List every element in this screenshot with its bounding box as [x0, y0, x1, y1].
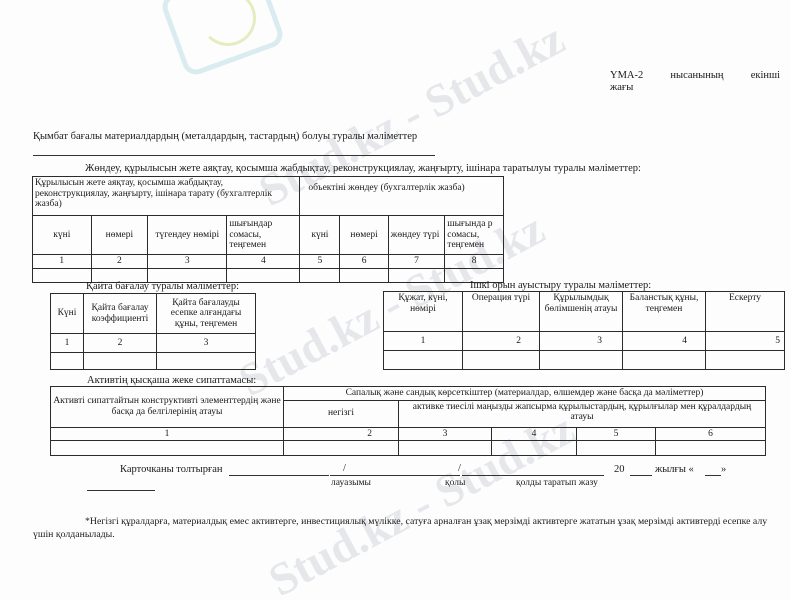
form-side-label: жағы: [610, 82, 780, 94]
column-header: жөндеу түрі: [388, 216, 445, 255]
form-side-label: нысанының: [670, 70, 723, 82]
additional-entry-line[interactable]: [87, 490, 155, 491]
column-number-row: 1 2 3: [51, 334, 256, 353]
precious-materials-entry-line[interactable]: [33, 155, 435, 156]
column-number: 5: [300, 255, 340, 269]
column-number-row: 1 2 3 4 5: [384, 332, 785, 351]
precious-materials-title: Қымбат бағалы материалдардың (металдарды…: [33, 131, 417, 143]
column-number: 7: [388, 255, 445, 269]
table-cell[interactable]: [656, 441, 766, 456]
year-prefix: 20: [614, 464, 625, 476]
column-number-row: 1 2 3 4 5 6 7 8: [33, 255, 504, 269]
table-row: [384, 351, 785, 370]
table-cell[interactable]: [33, 268, 92, 282]
column-group-header: Сапалық және сандық көрсеткіштер (матери…: [284, 387, 766, 401]
column-number: 6: [656, 427, 766, 441]
repair-group-2-header: объектіні жөндеу (бухгалтерлік жазба): [300, 177, 504, 216]
column-number: 3: [399, 427, 492, 441]
table-cell[interactable]: [51, 353, 84, 370]
table-cell[interactable]: [148, 268, 227, 282]
table-row: [33, 268, 504, 282]
internal-transfer-table: Құжат, күні, нөмірі Операция түрі Құрылы…: [383, 291, 785, 370]
column-number: 2: [463, 332, 540, 351]
position-caption: лауазымы: [331, 478, 371, 488]
column-number: 2: [84, 334, 157, 353]
date-close-quote: »: [721, 464, 726, 476]
table-cell[interactable]: [384, 351, 463, 370]
filled-by-label: Карточканы толтырған: [120, 464, 223, 476]
position-field[interactable]: [229, 475, 329, 476]
column-number: 3: [157, 334, 256, 353]
column-header: нөмері: [91, 216, 148, 255]
table-cell[interactable]: [340, 268, 388, 282]
separator-slash: /: [458, 463, 461, 475]
column-number: 1: [384, 332, 463, 351]
table-row: [51, 441, 766, 456]
column-number: 3: [148, 255, 227, 269]
column-header: Күні: [51, 294, 84, 334]
signature-decryption-caption: қолды таратып жазу: [516, 478, 598, 488]
column-header: Құрылымдық бөлімшенің атауы: [540, 292, 623, 332]
year-field[interactable]: [630, 475, 652, 476]
table-row: [51, 353, 256, 370]
column-number: 4: [492, 427, 577, 441]
asset-description-table: Активті сипаттайтын конструктивті элемен…: [50, 386, 766, 456]
table-cell[interactable]: [540, 351, 623, 370]
table-cell[interactable]: [91, 268, 148, 282]
day-field[interactable]: [705, 475, 721, 476]
table-cell[interactable]: [463, 351, 540, 370]
table-cell[interactable]: [84, 353, 157, 370]
table-cell[interactable]: [300, 268, 340, 282]
year-suffix: жылғы «: [655, 464, 694, 476]
column-number: 2: [91, 255, 148, 269]
column-number: 4: [227, 255, 300, 269]
column-header: Құжат, күні, нөмірі: [384, 292, 463, 332]
separator-slash: /: [343, 463, 346, 475]
column-header: күні: [300, 216, 340, 255]
column-header: Қайта бағалауды есепке алғандағы құны, т…: [157, 294, 256, 334]
repair-table: Құрылысын жете аяқтау, қосымша жабдықтау…: [32, 176, 504, 283]
column-number: 5: [577, 427, 656, 441]
column-number: 2: [284, 427, 399, 441]
table-cell[interactable]: [706, 351, 785, 370]
column-number: 1: [33, 255, 92, 269]
revaluation-table: Күні Қайта бағалау коэффициенті Қайта ба…: [50, 293, 256, 370]
repair-section-title: Жөндеу, құрылысын жете аяқтау, қосымша ж…: [85, 163, 641, 175]
column-header: шығындар сомасы, теңгемен: [227, 216, 300, 255]
column-number: 6: [340, 255, 388, 269]
revaluation-section-title: Қайта бағалау туралы мәліметтер:: [86, 281, 239, 293]
column-number: 3: [540, 332, 623, 351]
table-cell[interactable]: [388, 268, 445, 282]
table-cell[interactable]: [399, 441, 492, 456]
table-cell[interactable]: [623, 351, 706, 370]
table-cell[interactable]: [227, 268, 300, 282]
column-number: 1: [51, 427, 284, 441]
table-cell[interactable]: [284, 441, 399, 456]
form-code: ҮМА-2: [610, 70, 643, 82]
column-header: шығында р сомасы, теңгемен: [445, 216, 504, 255]
column-number: 1: [51, 334, 84, 353]
column-header: активке тиесілі маңызды жапсырма құрылыс…: [399, 400, 766, 427]
column-header: Ескерту: [706, 292, 785, 332]
column-number: 8: [445, 255, 504, 269]
column-header: нөмері: [340, 216, 388, 255]
repair-group-1-header: Құрылысын жете аяқтау, қосымша жабдықтау…: [33, 177, 300, 216]
column-number-row: 1 2 3 4 5 6: [51, 427, 766, 441]
table-cell[interactable]: [492, 441, 577, 456]
signature-caption: қолы: [445, 478, 465, 488]
column-header: негізгі: [284, 400, 399, 427]
column-number: 4: [623, 332, 706, 351]
column-header: түгендеу нөмірі: [148, 216, 227, 255]
column-header: Баланстық құны, теңгемен: [623, 292, 706, 332]
table-cell[interactable]: [157, 353, 256, 370]
form-code-header: ҮМА-2 нысанының екінші жағы: [610, 70, 780, 94]
table-cell[interactable]: [51, 441, 284, 456]
form-side-label: екінші: [751, 70, 780, 82]
footnote: *Негізгі құралдарға, материалдық емес ак…: [33, 515, 783, 541]
signature-field[interactable]: [330, 475, 460, 476]
table-cell[interactable]: [577, 441, 656, 456]
column-header: күні: [33, 216, 92, 255]
signature-decryption-field[interactable]: [462, 475, 604, 476]
column-header: Активті сипаттайтын конструктивті элемен…: [51, 387, 284, 428]
column-header: Операция түрі: [463, 292, 540, 332]
column-header: Қайта бағалау коэффициенті: [84, 294, 157, 334]
column-number: 5: [706, 332, 785, 351]
